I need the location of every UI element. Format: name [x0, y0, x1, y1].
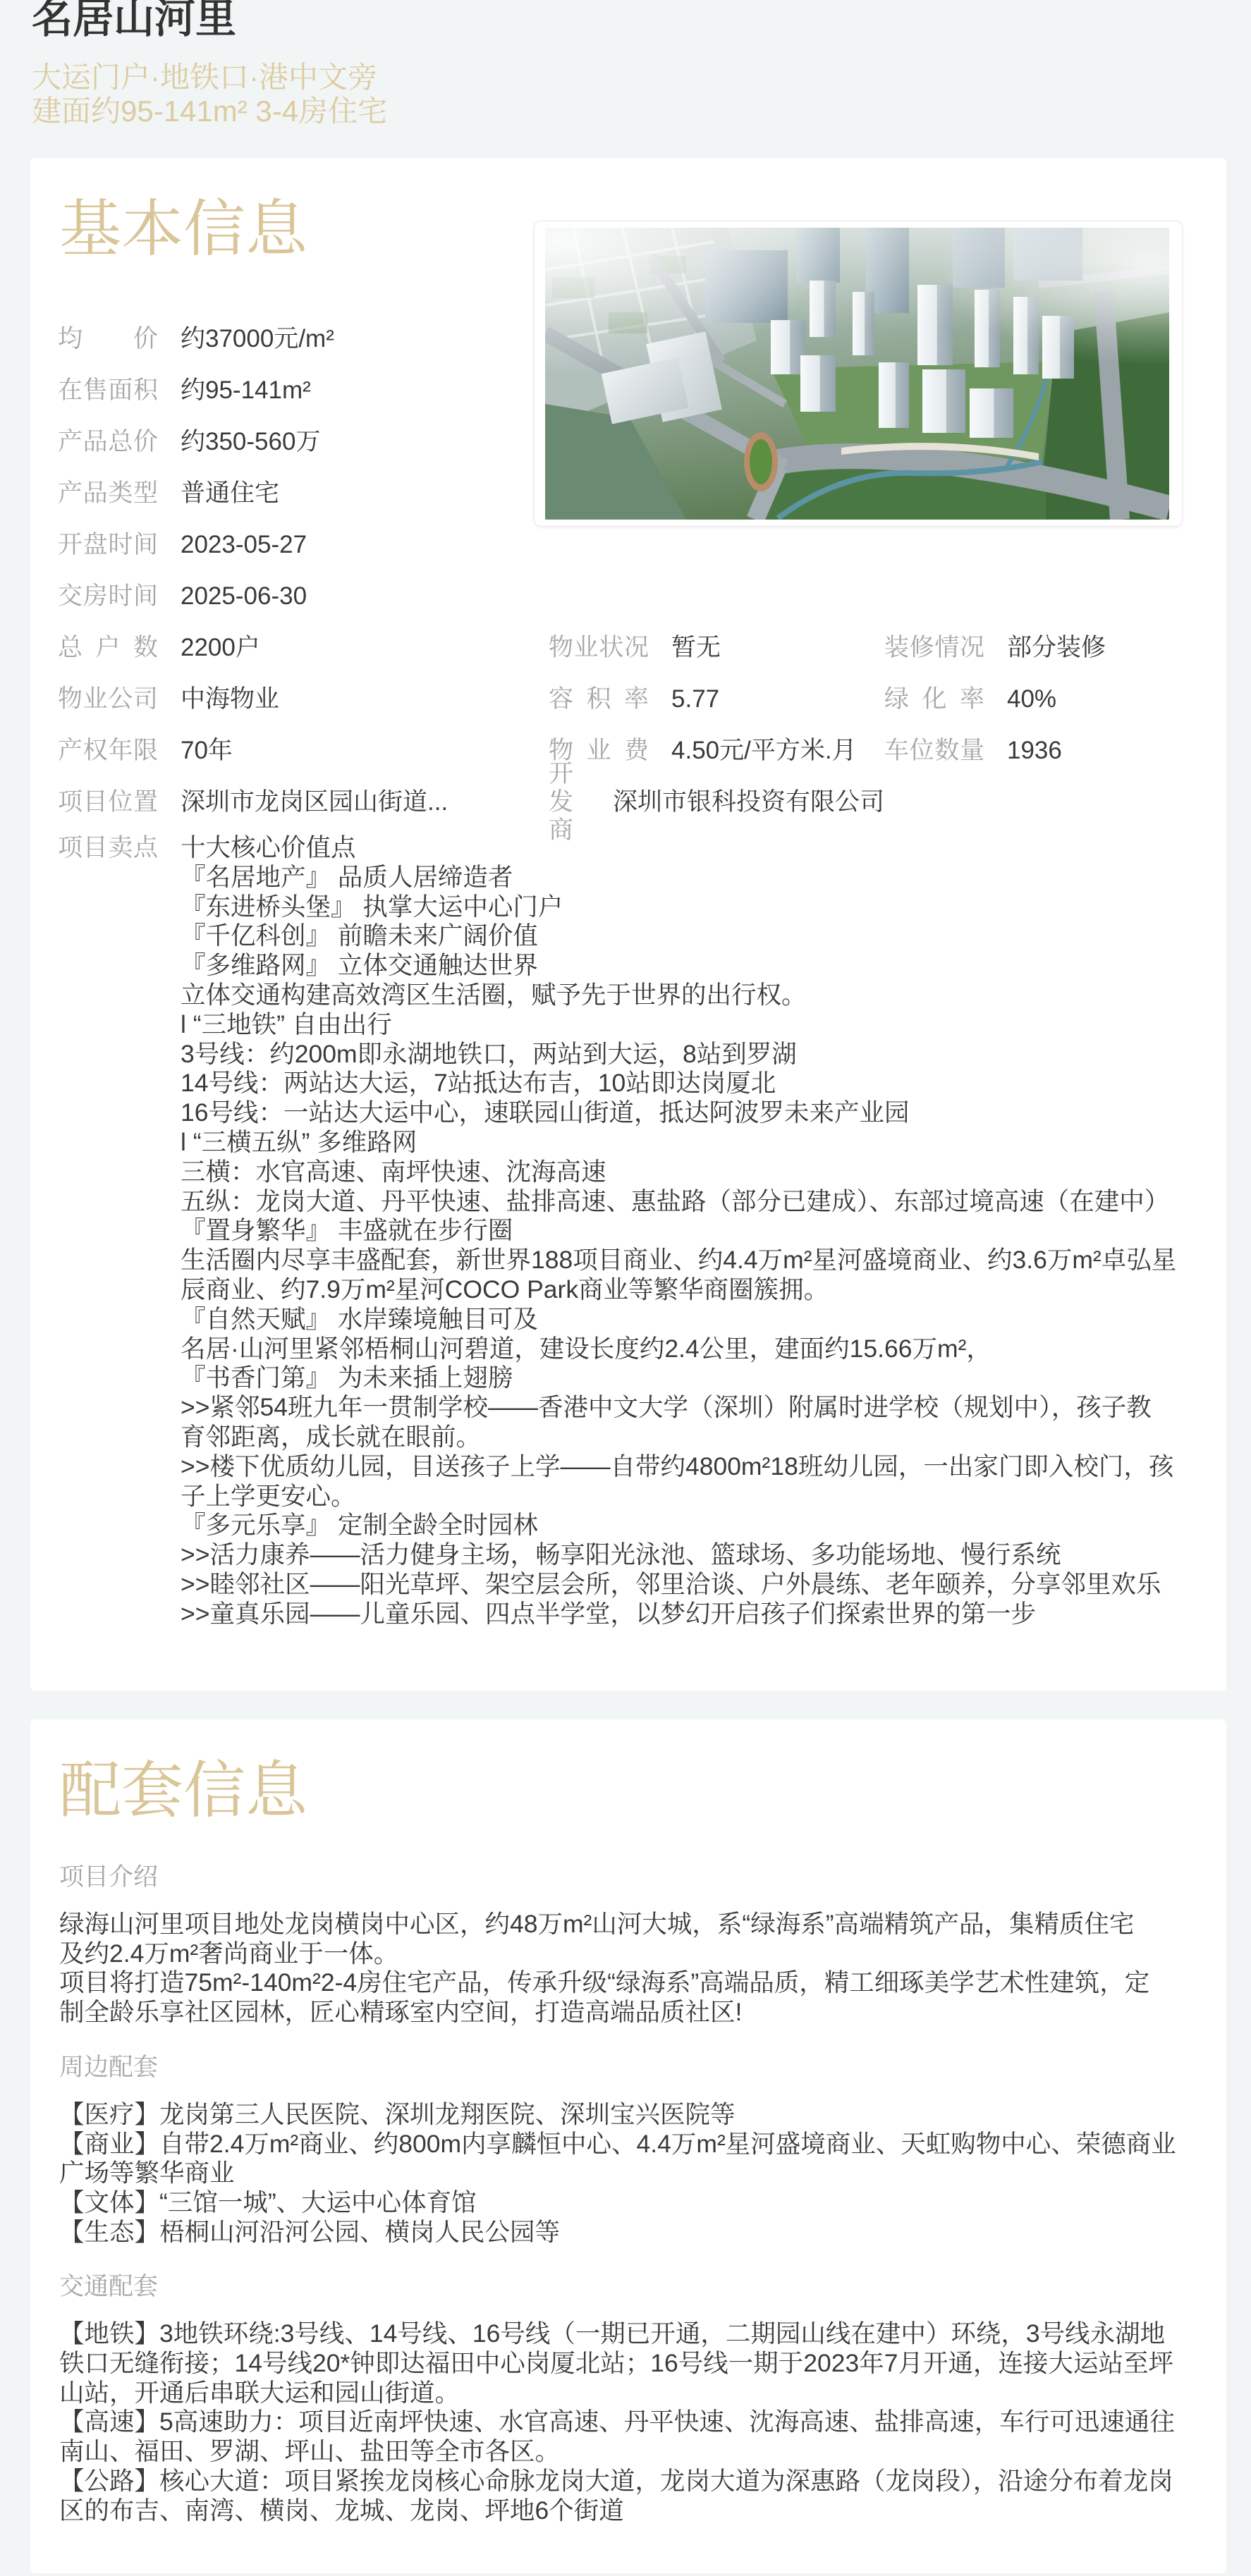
text-line: 【生态】梧桐山河沿河公园、横岗人民公园等 [59, 2218, 1226, 2247]
info-row-total-price: 产品总价 约350-560万 [58, 416, 1106, 467]
info-cell-location: 项目位置 深圳市龙岗区园山街道... [58, 788, 549, 816]
info-value: 约350-560万 [181, 428, 320, 456]
text-line: 【文体】“三馆一城”、大运中心体育馆 [59, 2188, 1226, 2218]
info-label: 装修情况 [884, 634, 984, 662]
info-value: 1936 [1007, 737, 1062, 765]
info-value: 2200户 [181, 634, 260, 662]
info-value: 5.77 [671, 685, 719, 713]
text-line: 『书香门第』 为未来插上翅膀 [181, 1363, 1176, 1393]
info-label: 开 发 商 [549, 760, 590, 845]
section-label: 周边配套 [59, 2053, 1226, 2083]
info-label: 开盘时间 [58, 531, 158, 559]
info-row-delivery-date: 交房时间 2025-06-30 [58, 570, 1106, 622]
info-row-area-on-sale: 在售面积 约95-141m² [58, 364, 1106, 416]
info-label: 绿 化 率 [884, 685, 984, 713]
section-label: 项目介绍 [59, 1863, 1226, 1892]
info-value: 深圳市银科投资有限公司 [613, 788, 884, 816]
info-row-product-type: 产品类型 普通住宅 [58, 467, 1106, 519]
text-line: 名居·山河里紧邻梧桐山河碧道，建设长度约2.4公里，建面约15.66万m²， [181, 1335, 1176, 1364]
info-cell-property-company: 物业公司 中海物业 [58, 685, 549, 713]
info-cell-decoration: 装修情况 部分装修 [884, 634, 1106, 662]
text-line: 十大核心价值点 [181, 833, 1176, 863]
text-line: 『名居地产』 品质人居缔造者 [181, 863, 1176, 893]
info-label: 项目位置 [58, 788, 158, 816]
facilities-card: 配套信息 项目介绍 绿海山河里项目地处龙岗横岗中心区，约48万m²山河大城，系“… [30, 1719, 1226, 2573]
selling-points-label: 项目卖点 [58, 833, 158, 863]
text-line: 子上学更安心。 [181, 1482, 1176, 1511]
text-line: 『东进桥头堡』 执掌大运中心门户 [181, 893, 1176, 922]
info-value: 40% [1007, 685, 1056, 713]
text-line: 绿海山河里项目地处龙岗横岗中心区，约48万m²山河大城，系“绿海系”高端精筑产品… [59, 1910, 1226, 1939]
info-label: 物业公司 [58, 685, 158, 713]
info-value: 深圳市龙岗区园山街道... [181, 788, 448, 816]
text-line: l “三地铁” 自由出行 [181, 1010, 1176, 1040]
info-value: 暂无 [671, 634, 721, 662]
info-cell-green-ratio: 绿 化 率 40% [884, 685, 1056, 713]
selling-points-text: 十大核心价值点 『名居地产』 品质人居缔造者 『东进桥头堡』 执掌大运中心门户 … [181, 833, 1176, 1629]
text-line: 南山、福田、罗湖、坪山、盐田等全市各区。 [59, 2437, 1226, 2467]
text-line: 『置身繁华』 丰盛就在步行圈 [181, 1216, 1176, 1246]
info-cell-plot-ratio: 容 积 率 5.77 [549, 685, 884, 713]
text-line: 『多元乐享』 定制全龄全时园林 [181, 1511, 1176, 1540]
text-line: 生活圈内尽享丰盛配套，新世界188项目商业、约4.4万m²星河盛境商业、约3.6… [181, 1246, 1176, 1275]
text-line: >>楼下优质幼儿园，目送孩子上学——自带约4800m²18班幼儿园，一出家门即入… [181, 1452, 1176, 1482]
text-line: 区的布吉、南湾、横岗、龙城、龙岗、坪地6个街道 [59, 2496, 1226, 2526]
text-line: 五纵：龙岗大道、丹平快速、盐排高速、惠盐路（部分已建成）、东部过境高速（在建中） [181, 1187, 1176, 1217]
text-line: 及约2.4万m²奢尚商业于一体。 [59, 1939, 1226, 1969]
info-value: 普通住宅 [181, 479, 279, 508]
text-line: l “三横五纵” 多维路网 [181, 1128, 1176, 1158]
text-line: 『自然天赋』 水岸臻境触目可及 [181, 1305, 1176, 1335]
section-text: 【医疗】龙岗第三人民医院、深圳龙翔医院、深圳宝兴医院等 【商业】自带2.4万m²… [59, 2100, 1226, 2247]
info-label: 均 价 [58, 325, 158, 353]
text-line: 广场等繁华商业 [59, 2159, 1226, 2188]
info-label: 总 户 数 [58, 634, 158, 662]
section-text: 【地铁】3地铁环绕:3号线、14号线、16号线（一期已开通，二期园山线在建中）环… [59, 2319, 1226, 2525]
text-line: 【地铁】3地铁环绕:3号线、14号线、16号线（一期已开通，二期园山线在建中）环… [59, 2319, 1226, 2349]
subtitle-line: 大运门户·地铁口·港中文旁 [32, 61, 387, 94]
text-line: 【商业】自带2.4万m²商业、约800m内享麟恒中心、4.4万m²星河盛境商业、… [59, 2130, 1226, 2159]
info-cell-households: 总 户 数 2200户 [58, 634, 549, 662]
basic-info-card: 基本信息 [30, 158, 1226, 1691]
info-label: 交房时间 [58, 582, 158, 611]
section-project-intro: 项目介绍 绿海山河里项目地处龙岗横岗中心区，约48万m²山河大城，系“绿海系”高… [59, 1863, 1226, 2028]
info-value: 约37000元/m² [181, 325, 334, 353]
text-line: 制全龄乐享社区园林，匠心精琢室内空间，打造高端品质社区! [59, 1998, 1226, 2028]
info-grid-row: 项目位置 深圳市龙岗区园山街道... 开 发 商 深圳市银科投资有限公司 [58, 776, 1106, 828]
subtitle-line: 建面约95-141m² 3-4房住宅 [32, 94, 387, 128]
section-label: 交通配套 [59, 2272, 1226, 2302]
basic-info-heading: 基本信息 [59, 194, 307, 264]
text-line: >>睦邻社区——阳光草坪、架空层会所，邻里洽谈、户外晨练、老年颐养，分享邻里欢乐 [181, 1570, 1176, 1600]
basic-info-list: 均 价 约37000元/m² 在售面积 约95-141m² 产品总价 约350-… [58, 313, 1106, 828]
info-value: 2023-05-27 [181, 531, 307, 559]
info-grid-row: 总 户 数 2200户 物业状况 暂无 装修情况 部分装修 [58, 622, 1106, 673]
info-cell-developer: 开 发 商 深圳市银科投资有限公司 [549, 760, 884, 845]
text-line: 立体交通构建高效湾区生活圈，赋予先于世界的出行权。 [181, 981, 1176, 1010]
section-text: 绿海山河里项目地处龙岗横岗中心区，约48万m²山河大城，系“绿海系”高端精筑产品… [59, 1910, 1226, 2028]
text-line: 【公路】核心大道：项目紧挨龙岗核心命脉龙岗大道，龙岗大道为深惠路（龙岗段），沿途… [59, 2467, 1226, 2496]
text-line: 辰商业、约7.9万m²星河COCO Park商业等繁华商圈簇拥。 [181, 1275, 1176, 1305]
info-value: 部分装修 [1007, 634, 1106, 662]
facilities-body: 项目介绍 绿海山河里项目地处龙岗横岗中心区，约48万m²山河大城，系“绿海系”高… [59, 1863, 1226, 2525]
info-cell-property-term: 产权年限 70年 [58, 737, 549, 765]
section-surrounding-facilities: 周边配套 【医疗】龙岗第三人民医院、深圳龙翔医院、深圳宝兴医院等 【商业】自带2… [59, 2053, 1226, 2247]
section-transportation: 交通配套 【地铁】3地铁环绕:3号线、14号线、16号线（一期已开通，二期园山线… [59, 2272, 1226, 2525]
info-label: 容 积 率 [549, 685, 649, 713]
info-label: 产品总价 [58, 428, 158, 456]
project-title: 名居山河里 [32, 0, 236, 44]
info-label: 车位数量 [884, 737, 984, 765]
text-line: >>童真乐园——儿童乐园、四点半学堂，以梦幻开启孩子们探索世界的第一步 [181, 1600, 1176, 1629]
info-cell-parking-spaces: 车位数量 1936 [884, 737, 1062, 765]
info-value: 中海物业 [181, 685, 279, 713]
info-label: 在售面积 [58, 376, 158, 405]
text-line: 铁口无缝衔接；14号线20*钟即达福田中心岗厦北站；16号线一期于2023年7月… [59, 2349, 1226, 2379]
facilities-heading: 配套信息 [59, 1755, 307, 1826]
info-label: 产品类型 [58, 479, 158, 508]
text-line: 16号线：一站达大运中心，速联园山街道，抵达阿波罗未来产业园 [181, 1098, 1176, 1128]
info-label: 产权年限 [58, 737, 158, 765]
info-label: 物业状况 [549, 634, 649, 662]
text-line: >>活力康养——活力健身主场，畅享阳光泳池、篮球场、多功能场地、慢行系统 [181, 1540, 1176, 1570]
text-line: 育邻距离，成长就在眼前。 [181, 1423, 1176, 1452]
text-line: 3号线：约200m即永湖地铁口，两站到大运，8站到罗湖 [181, 1040, 1176, 1069]
info-cell-property-status: 物业状况 暂无 [549, 634, 884, 662]
text-line: 【医疗】龙岗第三人民医院、深圳龙翔医院、深圳宝兴医院等 [59, 2100, 1226, 2130]
text-line: 『千亿科创』 前瞻未来广阔价值 [181, 921, 1176, 951]
info-row-average-price: 均 价 约37000元/m² [58, 313, 1106, 364]
text-line: 【高速】5高速助力：项目近南坪快速、水官高速、丹平快速、沈海高速、盐排高速，车行… [59, 2408, 1226, 2437]
project-subtitle: 大运门户·地铁口·港中文旁 建面约95-141m² 3-4房住宅 [32, 61, 387, 128]
text-line: 项目将打造75m²-140m²2-4房住宅产品，传承升级“绿海系”高端品质，精工… [59, 1968, 1226, 1998]
info-value: 70年 [181, 737, 233, 765]
info-row-opening-date: 开盘时间 2023-05-27 [58, 519, 1106, 570]
text-line: 三横：水官高速、南坪快速、沈海高速 [181, 1158, 1176, 1187]
text-line: 山站，开通后串联大运和园山街道。 [59, 2379, 1226, 2408]
info-grid-row: 物业公司 中海物业 容 积 率 5.77 绿 化 率 40% [58, 673, 1106, 725]
text-line: 14号线：两站达大运，7站抵达布吉，10站即达岗厦北 [181, 1069, 1176, 1098]
info-value: 约95-141m² [181, 376, 311, 405]
text-line: >>紧邻54班九年一贯制学校——香港中文大学（深圳）附属时进学校（规划中），孩子… [181, 1393, 1176, 1423]
text-line: 『多维路网』 立体交通触达世界 [181, 951, 1176, 981]
selling-points: 项目卖点 十大核心价值点 『名居地产』 品质人居缔造者 『东进桥头堡』 执掌大运… [58, 833, 1176, 1629]
info-value: 2025-06-30 [181, 582, 307, 611]
